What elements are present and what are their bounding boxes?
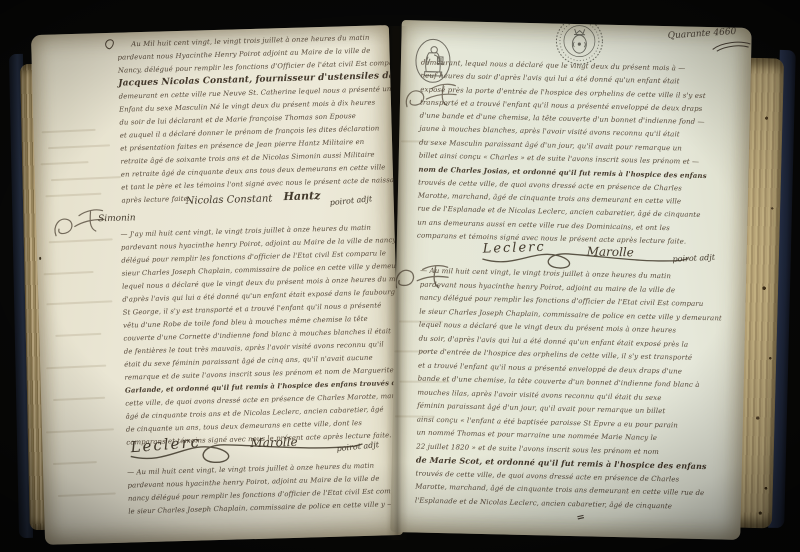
signature-marolle: Marolle [250, 435, 298, 450]
bleedthrough-mark [45, 193, 101, 198]
bleedthrough-mark [46, 300, 112, 305]
paraph-pt-icon [401, 77, 460, 115]
signature-marolle: Marolle [586, 244, 633, 259]
bleedthrough-mark [46, 428, 114, 433]
birth-entry-marguerite-garlande: — J'ay mil huit cent vingt, le vingt tro… [120, 221, 398, 450]
paraph-pt-icon [390, 257, 451, 296]
birth-entry-francois: Au Mil huit cent vingt, le vingt trois j… [117, 31, 390, 208]
left-page: Au Mil huit cent vingt, le vingt trois j… [31, 25, 403, 545]
continuation-mark: = [576, 511, 587, 524]
bleedthrough-mark [46, 365, 106, 370]
bleedthrough-mark [51, 176, 121, 182]
signature-hantz: Hantz [283, 189, 320, 203]
folio-annotation: Quarante 4660 [667, 25, 751, 41]
signature-officer-poirot: poirot adjt [672, 253, 715, 264]
bleedthrough-mark [48, 144, 110, 149]
birth-entry-charles-josias-start: — Au mil huit cent vingt, le vingt trois… [127, 459, 400, 519]
right-page: Quarante 4660 demeurant, lequel nous a d… [390, 20, 752, 540]
paraph-pt-icon [48, 201, 109, 244]
birth-entry-marie-scot: — Au mil huit cent vingt, le vingt trois… [415, 265, 740, 515]
entry-opening-curl-icon [101, 37, 117, 51]
bleedthrough-mark [53, 461, 97, 465]
bleedthrough-mark [44, 271, 94, 276]
bleedthrough-mark [41, 161, 89, 166]
folio-flourish-icon [710, 38, 752, 53]
ink-speck [39, 257, 41, 260]
bleedthrough-mark [55, 333, 101, 337]
round-ink-stamp-icon [553, 20, 606, 68]
bleedthrough-mark [42, 129, 96, 134]
signature-swash-icon [478, 246, 692, 275]
bleedthrough-mark [53, 397, 105, 402]
archival-photo-background: Au Mil huit cent vingt, le vingt trois j… [0, 0, 800, 552]
bleedthrough-mark [58, 492, 116, 497]
birth-entry-charles-josias-continued: demeurant, lequel nous a déclaré que le … [417, 57, 743, 250]
signature-nicolas-constant: Nicolas Constant [185, 193, 272, 206]
